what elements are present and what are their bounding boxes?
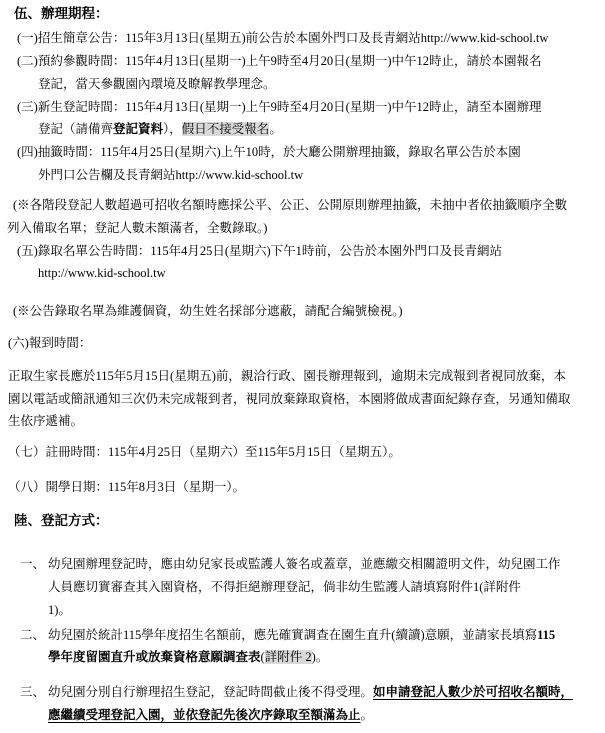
method-item-2-marker: 二、 — [20, 624, 48, 647]
no-holiday-registration-highlight: 假日不接受報名 — [182, 122, 270, 136]
checkin-paragraph-text-2: 園以電話或簡訊通知三次仍未完成報到者，視同放棄錄取資格，本園將做成書面紀錄存查，… — [8, 392, 571, 406]
schedule-item-5-line-2: http://www.kid-school.tw — [0, 262, 605, 285]
method-item-2-line-1: 二、幼兒園於統計115學年度招生名額前，應先確實調查在園生直升(續讀)意願，並請… — [0, 624, 605, 647]
method-item-1-line-2: 人員應切實審查其入園資格，不得拒絕辦理登記，倘非幼生監護人請填寫附件1(詳附件 — [0, 576, 605, 599]
schedule-item-3-text-end: 。 — [269, 122, 282, 136]
schedule-item-7-text: （七）註冊時間：115年4月25日（星期六）至115年5月15日（星期五）。 — [8, 445, 401, 459]
quota-rule-bold-underline-2: 應繼續受理登記入園，並依登記先後次序錄取至額滿為止 — [48, 708, 361, 722]
document-page: 伍、辦理期程： (一)招生簡章公告：115年3月13日(星期五)前公告於本園外門… — [0, 0, 605, 733]
schedule-item-4-line-2: 外門口公告欄及長青網站http://www.kid-school.tw — [0, 164, 605, 187]
registration-materials-bold: 登記資料 — [113, 122, 163, 136]
schedule-item-7-line: （七）註冊時間：115年4月25日（星期六）至115年5月15日（星期五）。 — [0, 441, 605, 464]
website-url-text: http://www.kid-school.tw — [38, 266, 166, 280]
schedule-item-6-label-text: (六)報到時間： — [8, 336, 91, 350]
method-item-3-line-2: 應繼續受理登記入園，並依登記先後次序錄取至額滿為止。 — [0, 704, 605, 727]
schedule-item-5-line-1: (五)錄取名單公告時間：115年4月25日(星期六)下午1時前，公告於本園外門口… — [0, 240, 605, 263]
schedule-item-4-text: (四)抽籤時間：115年4月25日(星期六)上午10時，於大廳公開辦理抽籤，錄取… — [17, 145, 521, 159]
privacy-note-text: (※公告錄取名單為維護個資，幼生姓名採部分遮蔽，請配合編號檢視。) — [13, 304, 403, 318]
schedule-item-1-line-1: (一)招生簡章公告：115年3月13日(星期五)前公告於本園外門口及長青網站ht… — [0, 27, 605, 50]
section6-heading: 陸、登記方式： — [0, 510, 605, 533]
checkin-paragraph-line-1: 正取生家長應於115年5月15日(星期五)前，親洽行政、園長辦理報到，逾期未完成… — [0, 365, 605, 388]
schedule-item-8-text: （八）開學日期：115年8月3日（星期一）。 — [8, 480, 245, 494]
schedule-item-4-line-1: (四)抽籤時間：115年4月25日(星期六)上午10時，於大廳公開辦理抽籤，錄取… — [0, 141, 605, 164]
schedule-item-2-line-2: 登記，當天參觀園內環境及瞭解教學理念。 — [0, 73, 605, 96]
schedule-item-5-text: (五)錄取名單公告時間：115年4月25日(星期六)下午1時前，公告於本園外門口… — [17, 244, 502, 258]
lottery-note-line-2: 列入備取名單；登記人數未額滿者，全數錄取。) — [0, 217, 605, 240]
method-item-2-text-end: )。 — [312, 650, 329, 664]
privacy-note-line: (※公告錄取名單為維護個資，幼生姓名採部分遮蔽，請配合編號檢視。) — [0, 300, 605, 323]
method-item-1-line-3: 1)。 — [0, 599, 605, 622]
lottery-note-line-1: (※各階段登記人數超過可招收名額時應採公平、公正、公開原則辦理抽籤，未抽中者依抽… — [0, 194, 605, 217]
checkin-paragraph-text-1: 正取生家長應於115年5月15日(星期五)前，親洽行政、園長辦理報到，逾期未完成… — [8, 369, 566, 383]
method-item-1-line-1: 一、幼兒園辦理登記時，應由幼兒家長或監護人簽名或蓋章，並應繳交相關證明文件，幼兒… — [0, 553, 605, 576]
lottery-note-text-cont: 列入備取名單；登記人數未額滿者，全數錄取。) — [7, 221, 267, 235]
year-115-bold: 115 — [537, 628, 555, 642]
checkin-paragraph-line-3: 生依序遞補。 — [0, 410, 605, 433]
schedule-item-2-text-cont: 登記，當天參觀園內環境及瞭解教學理念。 — [38, 77, 276, 91]
method-item-1-marker: 一、 — [20, 553, 48, 576]
method-item-2-text-pre: 幼兒園於統計115學年度招生名額前，應先確實調查在園生直升(續讀)意願，並請家長… — [48, 628, 537, 642]
survey-form-title-bold: 學年度留園直升或放棄資格意願調查表 — [48, 650, 261, 664]
schedule-item-8-line: （八）開學日期：115年8月3日（星期一）。 — [0, 476, 605, 499]
schedule-item-3-text-pre: 登記（請備齊 — [38, 122, 113, 136]
method-item-1-text-end: 1)。 — [48, 603, 71, 617]
schedule-item-3-text-mid: ）， — [163, 122, 182, 136]
method-item-2-line-2: 學年度留園直升或放棄資格意願調查表(詳附件 2)。 — [0, 646, 605, 669]
schedule-item-1-text: (一)招生簡章公告：115年3月13日(星期五)前公告於本園外門口及長青網站ht… — [17, 31, 548, 45]
section5-heading: 伍、辦理期程： — [0, 3, 605, 26]
attachment-2-highlight: 詳附件 2 — [265, 650, 312, 664]
lottery-note-text: (※各階段登記人數超過可招收名額時應採公平、公正、公開原則辦理抽籤，未抽中者依抽… — [13, 198, 567, 212]
method-item-3-text-end: 。 — [361, 708, 374, 722]
schedule-item-2-line-1: (二)預約參觀時間：115年4月13日(星期一)上午9時至4月20日(星期一)中… — [0, 50, 605, 73]
schedule-item-2-text: (二)預約參觀時間：115年4月13日(星期一)上午9時至4月20日(星期一)中… — [17, 54, 542, 68]
method-item-3-text-pre: 幼兒園分別自行辦理招生登記，登記時間截止後不得受理。 — [48, 685, 373, 699]
schedule-item-3-text: (三)新生登記時間：115年4月13日(星期一)上午9時至4月20日(星期一)中… — [17, 100, 542, 114]
method-item-3-line-1: 三、幼兒園分別自行辦理招生登記，登記時間截止後不得受理。如申請登記人數少於可招收… — [0, 681, 605, 704]
schedule-item-3-line-2: 登記（請備齊登記資料），假日不接受報名。 — [0, 118, 605, 141]
checkin-paragraph-text-3: 生依序遞補。 — [8, 414, 83, 428]
method-item-1-text: 幼兒園辦理登記時，應由幼兒家長或監護人簽名或蓋章，並應繳交相關證明文件，幼兒園工… — [48, 557, 561, 571]
schedule-item-4-text-cont: 外門口公告欄及長青網站http://www.kid-school.tw — [38, 168, 303, 182]
quota-rule-bold-underline-1: 如申請登記人數少於可招收名額時， — [373, 685, 573, 699]
schedule-item-3-line-1: (三)新生登記時間：115年4月13日(星期一)上午9時至4月20日(星期一)中… — [0, 96, 605, 119]
schedule-item-6-label: (六)報到時間： — [0, 332, 605, 355]
method-item-1-text-cont: 人員應切實審查其入園資格，不得拒絕辦理登記，倘非幼生監護人請填寫附件1(詳附件 — [48, 580, 521, 594]
checkin-paragraph-line-2: 園以電話或簡訊通知三次仍未完成報到者，視同放棄錄取資格，本園將做成書面紀錄存查，… — [0, 388, 605, 411]
method-item-3-marker: 三、 — [20, 681, 48, 704]
